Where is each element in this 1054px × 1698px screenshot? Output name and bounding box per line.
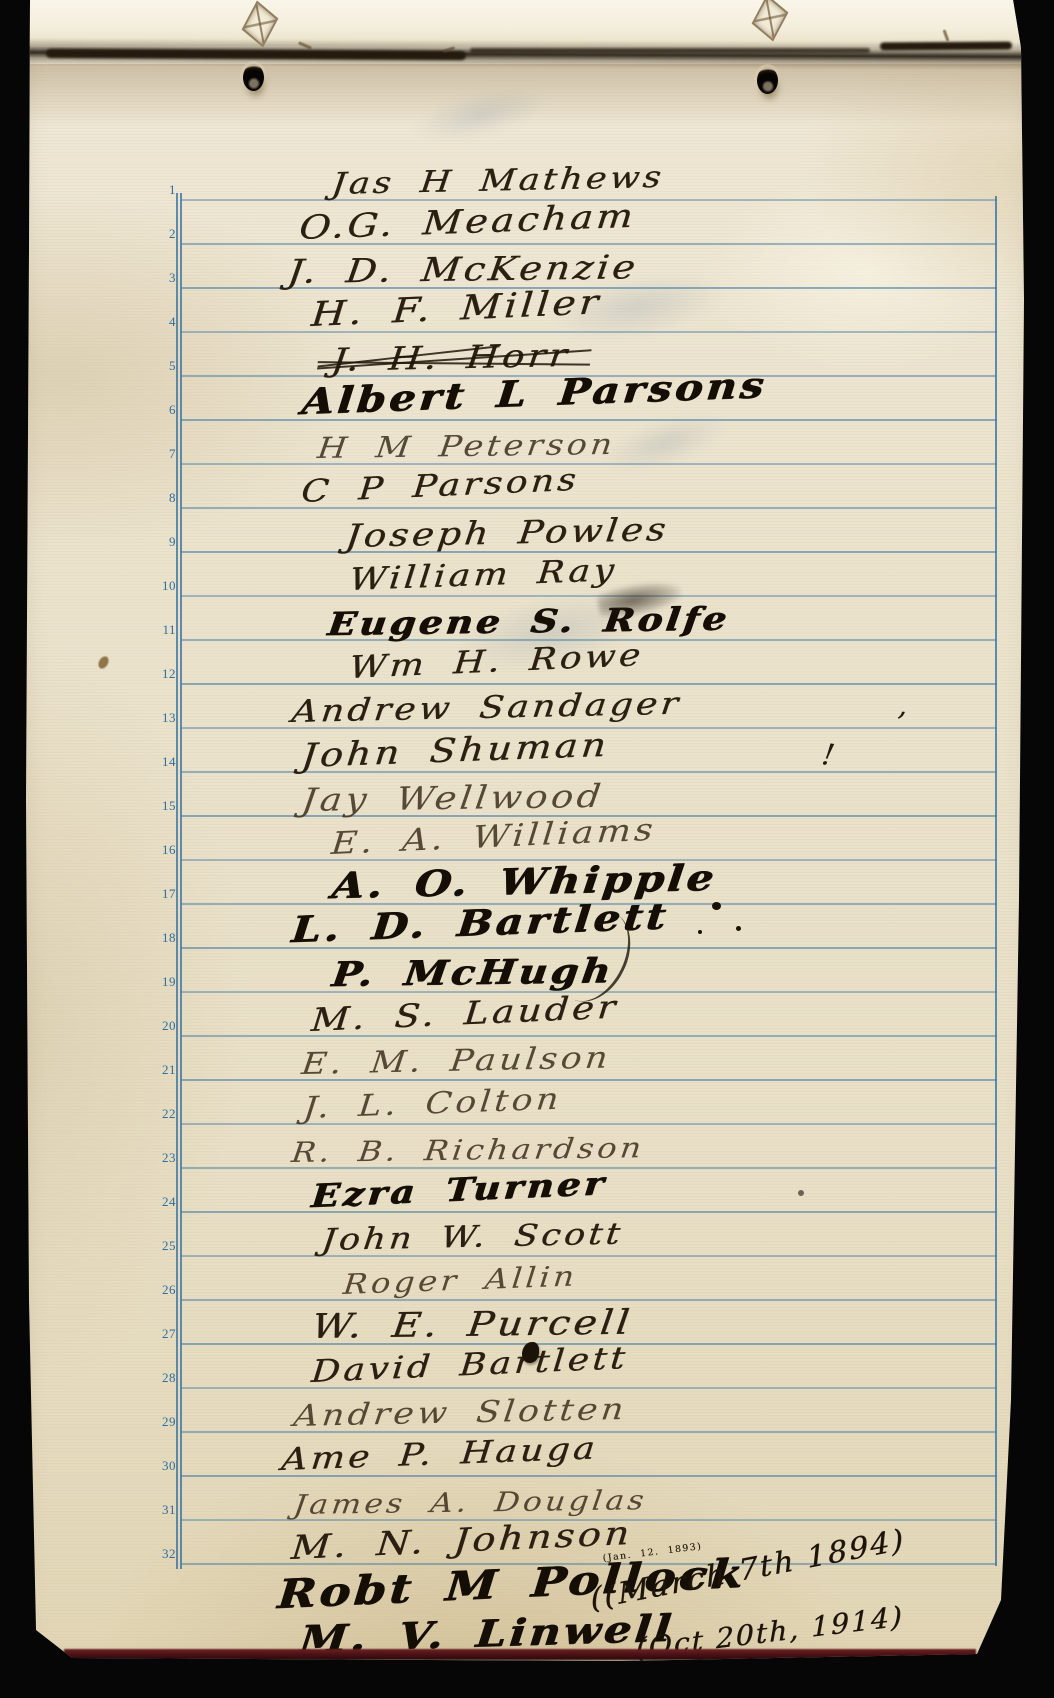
signature: M. N. Johnson	[290, 1517, 634, 1563]
signature: Jas H Mathews	[330, 163, 666, 199]
signature: William Ray	[348, 556, 618, 595]
signature: J. L. Colton	[302, 1085, 563, 1123]
line-number: 13	[142, 710, 176, 726]
signature-row: Andrew Sandager	[290, 685, 628, 727]
line-number: 31	[142, 1502, 176, 1518]
line-number: 14	[142, 754, 176, 770]
line-number: 32	[142, 1546, 176, 1562]
line-number: 12	[142, 666, 176, 682]
line-number: 23	[142, 1150, 176, 1166]
ink-splatter	[736, 926, 741, 931]
margin-rule-right	[995, 196, 997, 1566]
signature: John W. Scott	[320, 1220, 625, 1255]
scanned-document: 1Jas H Mathews2O.G. Meacham3J. D. McKenz…	[0, 0, 1054, 1698]
line-number: 5	[142, 358, 176, 374]
line-number: 25	[142, 1238, 176, 1254]
signature-row: Albert L Parsons	[300, 377, 703, 419]
punch-hole	[243, 64, 264, 91]
signature-row: Andrew Slotten	[292, 1389, 581, 1431]
signature-row: J. H. Horr	[330, 333, 537, 375]
signature-row: P. McHugh	[330, 949, 574, 991]
signature: David Bartlett	[310, 1344, 629, 1387]
signature: Wm H. Rowe	[348, 641, 645, 683]
signature-row: William Ray	[348, 553, 580, 595]
line-number: 1	[142, 182, 176, 198]
signature-row: Jay Wellwood	[300, 773, 562, 815]
signature: Ezra Turner	[310, 1168, 608, 1211]
signature-row: J. D. McKenzie	[286, 245, 590, 287]
signature-row: John W. Scott	[320, 1213, 581, 1255]
signature-row: John Shuman	[300, 729, 566, 771]
signature: Ame P. Hauga	[280, 1434, 599, 1475]
fold-crease-dark-segment	[470, 48, 870, 53]
signature: C P Parsons	[300, 465, 580, 507]
line-number: 24	[142, 1194, 176, 1210]
signature-row: W. E. Purcell	[310, 1301, 588, 1343]
signature-row: David Bartlett	[310, 1345, 584, 1387]
signature: J. D. McKenzie	[286, 251, 640, 287]
paper-speck	[96, 655, 110, 671]
line-number: 2	[142, 226, 176, 242]
signature-row: E. A. Williams	[330, 817, 611, 859]
signature: E. A. Williams	[330, 815, 657, 859]
signature-row: R. B. Richardson	[290, 1125, 596, 1167]
line-number: 15	[142, 798, 176, 814]
signature-row: Wm H. Rowe	[348, 641, 603, 683]
signature: W. E. Purcell	[310, 1306, 634, 1343]
signature: Joseph Powles	[344, 514, 671, 551]
line-number: 17	[142, 886, 176, 902]
line-number: 16	[142, 842, 176, 858]
signature-row: C P Parsons	[300, 465, 541, 507]
signature-row: Jas H Mathews	[330, 157, 618, 199]
signature-row: E. M. Paulson	[300, 1037, 568, 1079]
ink-splatter	[712, 902, 721, 910]
rule-line	[181, 331, 997, 333]
signature-row: Roger Allin	[342, 1257, 545, 1299]
line-number: 28	[142, 1370, 176, 1386]
line-number: 20	[142, 1018, 176, 1034]
rule-line	[181, 1255, 997, 1257]
line-number: 21	[142, 1062, 176, 1078]
signature-row: Ezra Turner	[310, 1169, 566, 1211]
ink-splatter	[698, 930, 702, 934]
fold-crease-dark-segment	[880, 42, 1012, 51]
line-number: 6	[142, 402, 176, 418]
signature-row: James A. Douglas	[292, 1477, 599, 1519]
stray-pen-mark: !	[819, 737, 837, 774]
line-number: 8	[142, 490, 176, 506]
rule-line	[181, 1299, 997, 1301]
signature: R. B. Richardson	[290, 1136, 646, 1167]
signature-row: M. S. Lauder	[310, 993, 576, 1035]
line-number: 4	[142, 314, 176, 330]
line-number: 27	[142, 1326, 176, 1342]
line-number: 10	[142, 578, 176, 594]
line-number: 7	[142, 446, 176, 462]
line-number: 18	[142, 930, 176, 946]
signature: Jay Wellwood	[300, 780, 606, 815]
line-number: 9	[142, 534, 176, 550]
line-number: 26	[142, 1282, 176, 1298]
line-number: 22	[142, 1106, 176, 1122]
signature: Andrew Slotten	[292, 1395, 628, 1431]
signature-row: H M Peterson	[316, 421, 575, 463]
punch-hole	[757, 67, 778, 94]
signature: J. H. Horr	[330, 340, 572, 375]
signature-row: J. L. Colton	[302, 1081, 526, 1123]
red-binding-edge	[64, 1649, 976, 1660]
stray-pen-mark: ,	[897, 688, 909, 724]
signature: Roger Allin	[342, 1264, 579, 1299]
paper-sheet: 1Jas H Mathews2O.G. Meacham3J. D. McKenz…	[0, 0, 1054, 1698]
signature-row: O.G. Meacham	[298, 201, 589, 243]
line-number: 19	[142, 974, 176, 990]
signature: H. F. Miller	[310, 286, 603, 331]
signature-row: Joseph Powles	[344, 509, 624, 551]
signature: Andrew Sandager	[290, 689, 683, 727]
signature: H M Peterson	[316, 431, 617, 463]
rule-line	[181, 1211, 997, 1213]
signature: E. M. Paulson	[300, 1044, 612, 1079]
signature-row: Ame P. Hauga	[280, 1433, 554, 1475]
margin-rule-left-inner	[180, 193, 182, 1569]
signature: O.G. Meacham	[298, 199, 638, 243]
line-number: 11	[142, 622, 176, 638]
signature-row: H. F. Miller	[310, 289, 561, 331]
line-number: 29	[142, 1414, 176, 1430]
line-number: 30	[142, 1458, 176, 1474]
line-number: 3	[142, 270, 176, 286]
signature: John Shuman	[300, 729, 611, 771]
margin-rule-left-outer	[176, 193, 178, 1569]
ink-splatter	[798, 1190, 804, 1196]
